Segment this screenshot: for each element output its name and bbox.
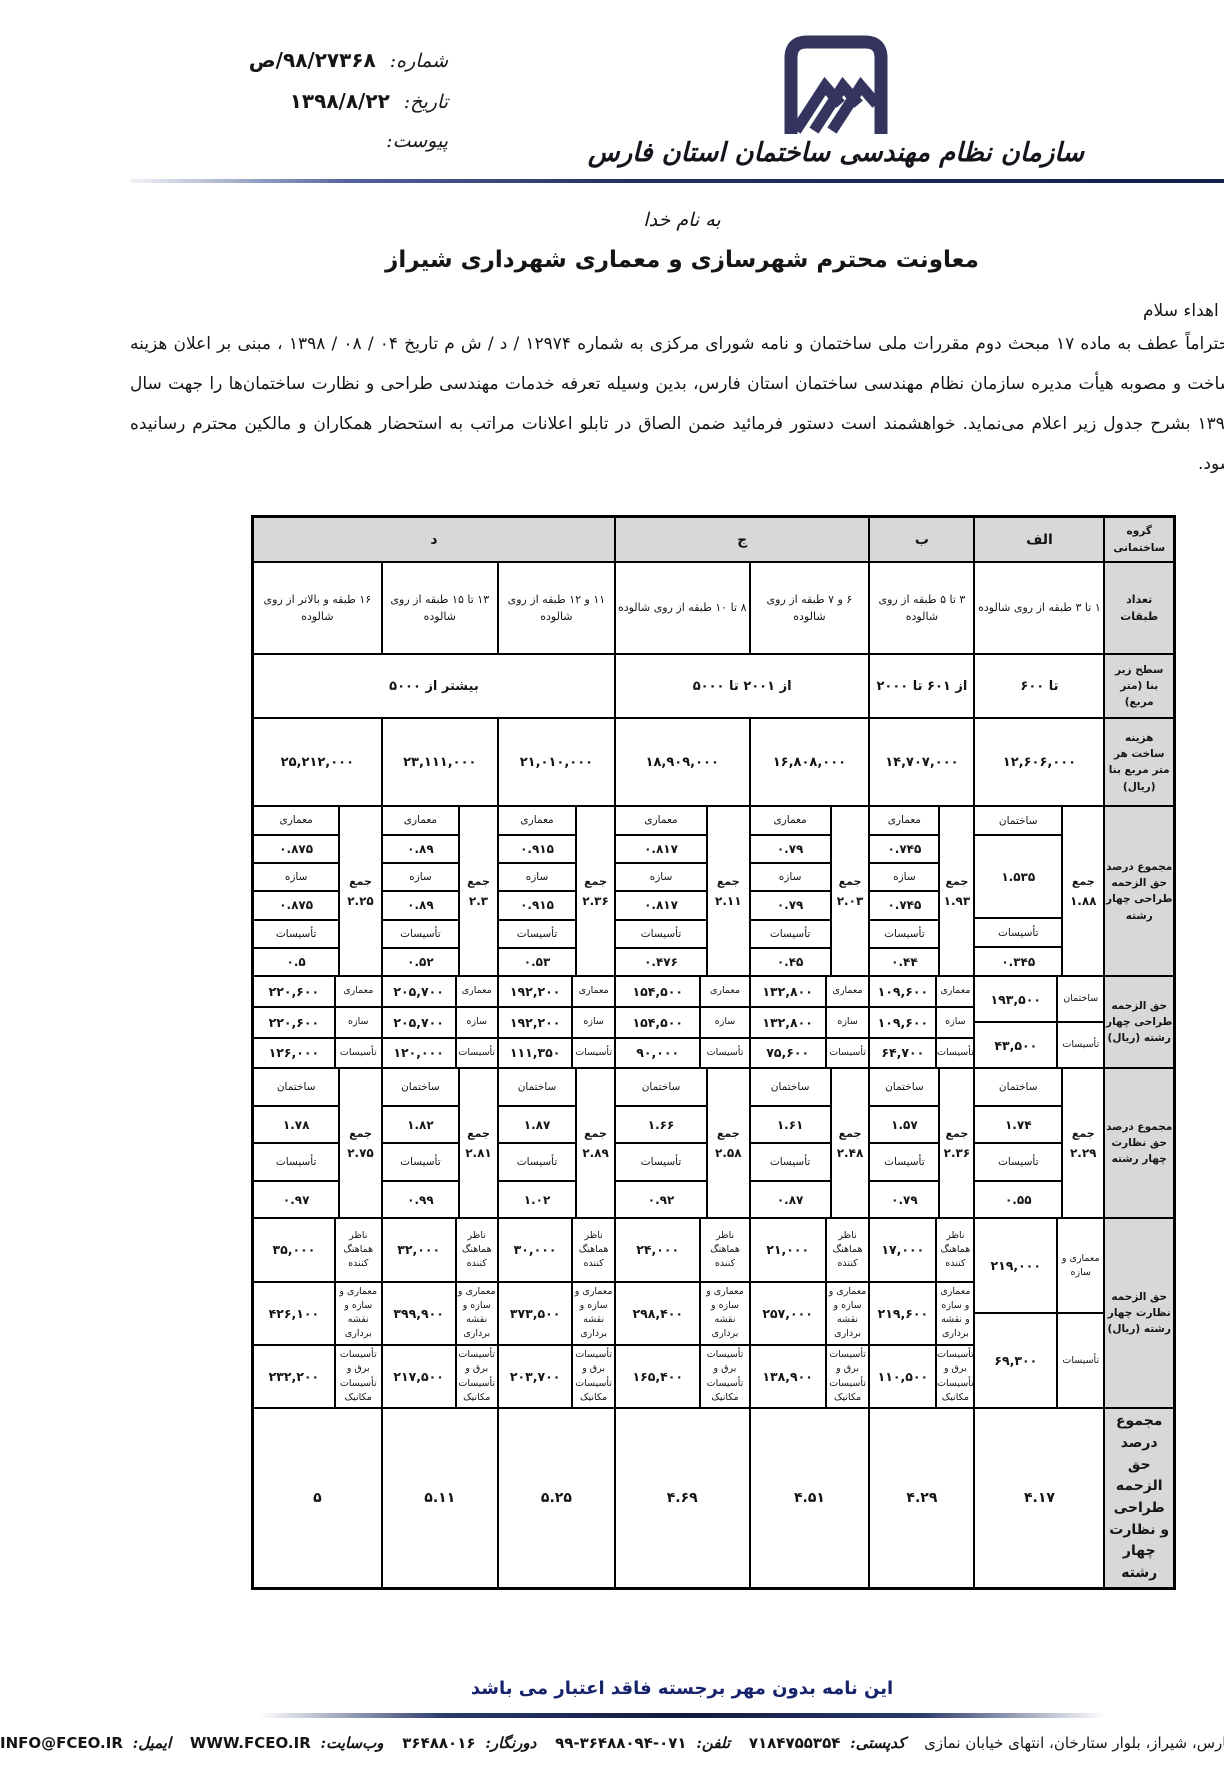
sum-value: ۲.۰۳	[762, 894, 799, 908]
sum-value: ۱.۸۸	[993, 894, 1033, 908]
sub-label: سازه	[800, 864, 868, 892]
group-a-header: الف	[904, 516, 1034, 562]
sum-label: جمع	[270, 875, 310, 888]
sub-value: ۰.۷۹	[800, 1182, 868, 1218]
sum-label: جمع	[507, 875, 544, 888]
table-row-area: سطح زیر بنا (متر مربع) تا ۶۰۰ از ۶۰۱ تا …	[183, 654, 1105, 718]
sub-value: ۶۹,۳۰۰	[905, 1314, 986, 1407]
table-row-superv-fee: حق الزحمه نظارت چهار رشته (ریال) معماری …	[183, 1218, 1105, 1408]
sub-label: ساختمان	[313, 1069, 388, 1107]
sub-value: ۱۲۰,۰۰۰	[313, 1039, 385, 1068]
letter-meta: شماره: ۹۸/۲۷۳۶۸/ص تاریخ: ۱۳۹۸/۸/۲۲ پیوست…	[78, 48, 378, 169]
area-b: از ۶۰۱ تا ۲۰۰۰	[799, 654, 904, 718]
superv-fee-cell-b: ناظر هماهنگ کننده۱۷,۰۰۰ معماری و سازه و …	[799, 1218, 904, 1408]
sum-value: ۲.۳	[390, 894, 427, 908]
sub-value: ۱.۵۳۵	[905, 836, 991, 919]
design-pct-cell-c1: معماری ۰.۷۹ سازه ۰.۷۹ تأسیسات ۰.۴۵	[680, 806, 761, 976]
sum-label: جمع	[762, 875, 799, 888]
sub-value: ۱۱۰,۵۰۰	[800, 1346, 865, 1407]
floors-b: ۳ تا ۵ طبقه از روی شالوده	[799, 562, 904, 654]
org-logo-icon	[707, 34, 825, 134]
total-pct-b: ۴.۲۹	[799, 1408, 904, 1588]
sub-value: ۱.۶۱	[681, 1107, 760, 1145]
sub-label: سازه	[865, 1008, 903, 1037]
sub-value: ۰.۴۴	[800, 949, 868, 975]
sub-label: سازه	[313, 864, 388, 892]
floors-d3: ۱۶ طبقه و بالاتر از روی شالوده	[183, 562, 312, 654]
sub-value: ۳۲,۰۰۰	[313, 1219, 385, 1280]
sum-value: ۲.۵۸	[638, 1146, 678, 1160]
sub-label: معماری	[681, 807, 760, 835]
sum-value: ۲.۸۱	[390, 1146, 427, 1160]
sum-value: ۲.۴۸	[762, 1146, 799, 1160]
sub-label: ساختمان	[429, 1069, 505, 1107]
design-fee-cell-d1: معماری۱۹۲,۲۰۰ سازه۱۹۲,۲۰۰ تأسیسات۱۱۱,۳۵۰	[428, 976, 545, 1068]
sub-label: ناظر هماهنگ کننده	[501, 1219, 544, 1280]
superv-pct-cell-d3: ساختمان ۱.۷۸ تأسیسات ۰.۹۷	[183, 1068, 270, 1218]
salutation: با اهداء سلام	[60, 301, 1164, 321]
sum-value: ۲.۲۵	[270, 894, 310, 908]
row-label-cost: هزینه ساخت هر متر مربع بنا (ریال)	[1034, 718, 1104, 806]
sum-label: جمع	[870, 875, 903, 888]
sub-label: تأسیسات	[546, 921, 636, 949]
sub-label: تأسیسات	[800, 1144, 868, 1182]
sub-label: ناظر هماهنگ کننده	[629, 1219, 678, 1280]
superv-pct-cell-d1: ساختمان ۱.۸۷ تأسیسات ۱.۰۲	[428, 1068, 506, 1218]
design-pct-cell-d2: معماری ۰.۸۹ سازه ۰.۸۹ تأسیسات ۰.۵۲	[312, 806, 389, 976]
row-label-superv-fee: حق الزحمه نظارت چهار رشته (ریال)	[1034, 1218, 1104, 1408]
sub-label: سازه	[755, 1008, 799, 1037]
sum-label: جمع	[507, 1127, 544, 1140]
sub-label: تأسیسات	[385, 1039, 427, 1068]
superv-fee-cell-c1: ناظر هماهنگ کننده۲۱,۰۰۰ معماری و سازه و …	[680, 1218, 800, 1408]
design-fee-cell-c1: معماری۱۳۲,۸۰۰ سازه۱۳۲,۸۰۰ تأسیسات۷۵,۶۰۰	[680, 976, 800, 1068]
sub-value: ۰.۷۹	[681, 892, 760, 920]
sub-value: ۰.۹۹	[313, 1182, 388, 1218]
row-label-group: گروه ساختمانی	[1034, 516, 1104, 562]
sub-value: ۶۴,۷۰۰	[800, 1039, 865, 1068]
sub-label: معماری	[429, 807, 505, 835]
phone-label: تلفن:	[626, 1734, 660, 1752]
sub-label: سازه	[501, 1008, 544, 1037]
superv-fee-cell-c2: ناظر هماهنگ کننده۲۴,۰۰۰ معماری و سازه و …	[545, 1218, 680, 1408]
sub-label: معماری	[501, 977, 544, 1006]
sub-value: ۱.۵۷	[800, 1107, 868, 1145]
total-pct-c1: ۴.۵۱	[680, 1408, 800, 1588]
postal-label: کدپستی:	[780, 1734, 835, 1752]
sub-value: ۰.۸۱۷	[546, 836, 636, 864]
superv-pct-sum-c2: جمع ۲.۵۸	[637, 1068, 679, 1218]
sub-label: تأسیسات برق و تأسیسات مکانیک	[629, 1346, 678, 1407]
design-pct-sum-d2: جمع ۲.۳	[389, 806, 428, 976]
sub-value: ۳۷۳,۵۰۰	[429, 1283, 501, 1344]
row-label-floors: تعداد طبقات	[1034, 562, 1104, 654]
sub-label: معماری و سازه و نقشه برداری	[385, 1283, 427, 1344]
fax-value: ۳۶۴۸۸۰۱۶	[332, 1734, 405, 1752]
sub-label: ساختمان	[681, 1069, 760, 1107]
design-pct-cell-d1: معماری ۰.۹۱۵ سازه ۰.۹۱۵ تأسیسات ۰.۵۳	[428, 806, 506, 976]
letter-attachment-row: پیوست:	[78, 130, 378, 152]
page-footer: این نامه بدون مهر برجسته فاقد اعتبار می …	[60, 1678, 1164, 1752]
letter-number-label: شماره:	[320, 50, 378, 72]
letter-number-row: شماره: ۹۸/۲۷۳۶۸/ص	[78, 48, 378, 72]
group-c-header: ج	[545, 516, 799, 562]
sub-label: تأسیسات	[905, 919, 991, 948]
sub-value: ۳۹۹,۹۰۰	[313, 1283, 385, 1344]
sub-value: ۰.۹۱۵	[429, 836, 505, 864]
superv-pct-sum-a: جمع ۲.۲۹	[992, 1068, 1034, 1218]
table-row-total-pct: مجموع درصد حق الزحمه طراحی و نظارت چهار …	[183, 1408, 1105, 1588]
sub-label: معماری و سازه و نقشه برداری	[755, 1283, 799, 1344]
sum-value: ۲.۳۶	[870, 1146, 903, 1160]
sub-value: ۰.۹۲	[546, 1182, 636, 1218]
sub-label: معماری و سازه و نقشه برداری	[264, 1283, 311, 1344]
sub-value: ۲۱۹,۰۰۰	[905, 1219, 986, 1312]
sub-value: ۱۳۲,۸۰۰	[681, 977, 755, 1006]
sum-label: جمع	[993, 1127, 1033, 1140]
sub-value: ۰.۵	[184, 949, 268, 975]
sub-label: سازه	[681, 864, 760, 892]
sub-label: سازه	[629, 1008, 678, 1037]
sub-label: معماری	[755, 977, 799, 1006]
sub-value: ۲۱۷,۵۰۰	[313, 1346, 385, 1407]
sub-value: ۲۳۲,۲۰۰	[184, 1346, 264, 1407]
sub-value: ۱۶۵,۴۰۰	[546, 1346, 630, 1407]
sub-label: تأسیسات	[755, 1039, 799, 1068]
sub-value: ۱.۸۲	[313, 1107, 388, 1145]
sub-label: تأسیسات برق و تأسیسات مکانیک	[501, 1346, 544, 1407]
design-pct-cell-a: ساختمان ۱.۵۳۵ تأسیسات ۰.۳۴۵	[904, 806, 992, 976]
sum-label: جمع	[390, 1127, 427, 1140]
sub-value: ۱۹۲,۲۰۰	[429, 977, 501, 1006]
sum-value: ۱.۹۳	[870, 894, 903, 908]
sub-label: سازه	[429, 864, 505, 892]
table-row-design-pct: مجموع درصد حق الزحمه طراحی چهار رشته جمع…	[183, 806, 1105, 976]
sub-value: ۰.۹۱۵	[429, 892, 505, 920]
sub-label: ناظر هماهنگ کننده	[264, 1219, 311, 1280]
row-label-design-pct: مجموع درصد حق الزحمه طراحی چهار رشته	[1034, 806, 1104, 976]
sum-label: جمع	[638, 1127, 678, 1140]
sub-label: تأسیسات	[681, 921, 760, 949]
design-pct-cell-d3: معماری ۰.۸۷۵ سازه ۰.۸۷۵ تأسیسات ۰.۵	[183, 806, 270, 976]
sub-value: ۰.۵۳	[429, 949, 505, 975]
sum-value: ۲.۲۹	[993, 1146, 1033, 1160]
sub-value: ۲۲۰,۶۰۰	[184, 977, 264, 1006]
group-d-header: د	[183, 516, 545, 562]
area-c: از ۲۰۰۱ تا ۵۰۰۰	[545, 654, 799, 718]
sub-label: تأسیسات برق و تأسیسات مکانیک	[385, 1346, 427, 1407]
sub-value: ۲۱۹,۶۰۰	[800, 1283, 865, 1344]
footer-divider	[188, 1713, 1036, 1718]
total-pct-d2: ۵.۱۱	[312, 1408, 428, 1588]
table-row-design-fee: حق الزحمه طراحی چهار رشته (ریال) ساختمان…	[183, 976, 1105, 1068]
letterhead: سازمان نظام مهندسی ساختمان استان فارس شم…	[60, 34, 1164, 183]
superv-pct-cell-d2: ساختمان ۱.۸۲ تأسیسات ۰.۹۹	[312, 1068, 389, 1218]
sub-label: ساختمان	[986, 977, 1033, 1021]
sub-value: ۰.۷۴۵	[800, 836, 868, 864]
superv-fee-cell-d1: ناظر هماهنگ کننده۳۰,۰۰۰ معماری و سازه و …	[428, 1218, 545, 1408]
sub-value: ۲۰۵,۷۰۰	[313, 977, 385, 1006]
sub-value: ۲۱,۰۰۰	[681, 1219, 755, 1280]
sub-label: معماری و سازه و نقشه برداری	[629, 1283, 678, 1344]
superv-pct-cell-b: ساختمان ۱.۵۷ تأسیسات ۰.۷۹	[799, 1068, 869, 1218]
sub-label: تأسیسات	[313, 921, 388, 949]
tariff-table: گروه ساختمانی الف ب ج د تعداد طبقات ۱ تا…	[181, 515, 1106, 1590]
design-fee-cell-b: معماری۱۰۹,۶۰۰ سازه۱۰۹,۶۰۰ تأسیسات۶۴,۷۰۰	[799, 976, 904, 1068]
sum-value: ۲.۸۹	[507, 1146, 544, 1160]
sub-value: ۲۰۵,۷۰۰	[313, 1008, 385, 1037]
sub-value: ۴۳,۵۰۰	[905, 1023, 986, 1067]
bismillah: به نام خدا	[60, 209, 1164, 231]
design-pct-sum-d1: جمع ۲.۳۶	[506, 806, 545, 976]
sub-label: ناظر هماهنگ کننده	[865, 1219, 903, 1280]
sub-label: معماری	[385, 977, 427, 1006]
sub-label: معماری	[546, 807, 636, 835]
sub-label: ساختمان	[184, 1069, 268, 1107]
phone-value: ۰۷۱-۳۶۴۸۸۰۹۴-۹۹	[485, 1734, 617, 1752]
sub-value: ۲۴,۰۰۰	[546, 1219, 630, 1280]
sum-value: ۲.۳۶	[507, 894, 544, 908]
sub-value: ۹۰,۰۰۰	[546, 1039, 630, 1068]
sub-value: ۱۳۲,۸۰۰	[681, 1008, 755, 1037]
letter-paragraph: احتراماً عطف به ماده ۱۷ مبحث دوم مقررات …	[60, 325, 1164, 485]
sub-label: سازه	[385, 1008, 427, 1037]
design-fee-cell-d3: معماری۲۲۰,۶۰۰ سازه۲۲۰,۶۰۰ تأسیسات۱۲۶,۰۰۰	[183, 976, 312, 1068]
sub-value: ۲۲۰,۶۰۰	[184, 1008, 264, 1037]
sub-label: معماری	[184, 807, 268, 835]
sum-value: ۲.۱۱	[638, 894, 678, 908]
sub-label: تأسیسات	[629, 1039, 678, 1068]
cost-a: ۱۲,۶۰۶,۰۰۰	[904, 718, 1034, 806]
letter-body: به نام خدا معاونت محترم شهرسازی و معماری…	[60, 183, 1164, 1590]
design-fee-cell-a: ساختمان۱۹۳,۵۰۰ تأسیسات۴۳,۵۰۰	[904, 976, 1034, 1068]
sub-value: ۱۵۴,۵۰۰	[546, 1008, 630, 1037]
cost-c2: ۱۸,۹۰۹,۰۰۰	[545, 718, 680, 806]
superv-pct-sum-d2: جمع ۲.۸۱	[389, 1068, 428, 1218]
sum-value: ۲.۷۵	[270, 1146, 310, 1160]
sub-label: تأسیسات	[184, 921, 268, 949]
cost-d1: ۲۱,۰۱۰,۰۰۰	[428, 718, 545, 806]
sub-value: ۱.۷۴	[905, 1107, 991, 1145]
row-label-area: سطح زیر بنا (متر مربع)	[1034, 654, 1104, 718]
sub-value: ۱۰۹,۶۰۰	[800, 1008, 865, 1037]
sum-label: جمع	[993, 875, 1033, 888]
area-d: بیشتر از ۵۰۰۰	[183, 654, 545, 718]
superv-pct-cell-c2: ساختمان ۱.۶۶ تأسیسات ۰.۹۲	[545, 1068, 637, 1218]
sub-label: معماری	[264, 977, 311, 1006]
superv-pct-cell-a: ساختمان ۱.۷۴ تأسیسات ۰.۵۵	[904, 1068, 992, 1218]
postal-value: ۷۱۸۴۷۵۵۳۵۴	[679, 1734, 771, 1752]
row-label-total-pct: مجموع درصد حق الزحمه طراحی و نظارت چهار …	[1034, 1408, 1104, 1588]
sub-label: تأسیسات	[986, 1314, 1033, 1407]
area-a: تا ۶۰۰	[904, 654, 1034, 718]
sub-label: معماری	[629, 977, 678, 1006]
email-label: ایمیل:	[63, 1734, 101, 1752]
superv-fee-cell-d2: ناظر هماهنگ کننده۳۲,۰۰۰ معماری و سازه و …	[312, 1218, 428, 1408]
sub-value: ۰.۵۵	[905, 1182, 991, 1218]
sub-label: تأسیسات	[184, 1144, 268, 1182]
sub-label: معماری	[800, 807, 868, 835]
superv-fee-cell-a: معماری و سازه۲۱۹,۰۰۰ تأسیسات۶۹,۳۰۰	[904, 1218, 1034, 1408]
sub-label: معماری و سازه و نقشه برداری	[501, 1283, 544, 1344]
letter-date-value: ۱۳۹۸/۸/۲۲	[220, 89, 320, 113]
sub-value: ۰.۹۷	[184, 1182, 268, 1218]
sub-label: ساختمان	[905, 807, 991, 836]
design-fee-cell-c2: معماری۱۵۴,۵۰۰ سازه۱۵۴,۵۰۰ تأسیسات۹۰,۰۰۰	[545, 976, 680, 1068]
sub-value: ۱۵۴,۵۰۰	[546, 977, 630, 1006]
sub-label: تأسیسات	[865, 1039, 903, 1068]
design-pct-sum-a: جمع ۱.۸۸	[992, 806, 1034, 976]
sum-label: جمع	[870, 1127, 903, 1140]
sub-value: ۰.۷۹	[681, 836, 760, 864]
letter-attachment-label: پیوست:	[316, 130, 378, 152]
table-row-superv-pct: مجموع درصد حق نظارت چهار رشته جمع ۲.۲۹ س…	[183, 1068, 1105, 1218]
website-value: WWW.FCEO.IR	[120, 1734, 241, 1752]
sub-value: ۰.۸۱۷	[546, 892, 636, 920]
cost-c1: ۱۶,۸۰۸,۰۰۰	[680, 718, 800, 806]
row-label-superv-pct: مجموع درصد حق نظارت چهار رشته	[1034, 1068, 1104, 1218]
cost-d2: ۲۳,۱۱۱,۰۰۰	[312, 718, 428, 806]
website-label: وب‌سایت:	[251, 1734, 314, 1752]
sub-value: ۱۳۸,۹۰۰	[681, 1346, 755, 1407]
sub-label: معماری و سازه	[986, 1219, 1033, 1312]
floors-d1: ۱۱ و ۱۲ طبقه از روی شالوده	[428, 562, 545, 654]
sub-label: ناظر هماهنگ کننده	[755, 1219, 799, 1280]
sub-value: ۰.۵۲	[313, 949, 388, 975]
sub-value: ۰.۷۴۵	[800, 892, 868, 920]
design-fee-cell-d2: معماری۲۰۵,۷۰۰ سازه۲۰۵,۷۰۰ تأسیسات۱۲۰,۰۰۰	[312, 976, 428, 1068]
cost-d3: ۲۵,۲۱۲,۰۰۰	[183, 718, 312, 806]
total-pct-c2: ۴.۶۹	[545, 1408, 680, 1588]
sub-value: ۰.۴۵	[681, 949, 760, 975]
table-row-cost: هزینه ساخت هر متر مربع بنا (ریال) ۱۲,۶۰۶…	[183, 718, 1105, 806]
sub-label: تأسیسات برق و تأسیسات مکانیک	[865, 1346, 903, 1407]
superv-pct-sum-d1: جمع ۲.۸۹	[506, 1068, 545, 1218]
stamp-validity-note: این نامه بدون مهر برجسته فاقد اعتبار می …	[60, 1678, 1164, 1699]
letter-date-label: تاریخ:	[334, 91, 378, 113]
superv-fee-cell-d3: ناظر هماهنگ کننده۳۵,۰۰۰ معماری و سازه و …	[183, 1218, 312, 1408]
sub-label: تأسیسات برق و تأسیسات مکانیک	[264, 1346, 311, 1407]
letter-page: سازمان نظام مهندسی ساختمان استان فارس شم…	[0, 0, 1224, 1778]
superv-pct-sum-b: جمع ۲.۳۶	[869, 1068, 904, 1218]
sub-value: ۰.۸۹	[313, 892, 388, 920]
sum-label: جمع	[390, 875, 427, 888]
sub-label: معماری	[313, 807, 388, 835]
sub-value: ۰.۸۷۵	[184, 892, 268, 920]
org-logo-block: سازمان نظام مهندسی ساختمان استان فارس	[472, 34, 1014, 168]
sub-value: ۳۰,۰۰۰	[429, 1219, 501, 1280]
sub-value: ۰.۴۷۶	[546, 949, 636, 975]
sub-value: ۲۵۷,۰۰۰	[681, 1283, 755, 1344]
sub-value: ۱.۸۷	[429, 1107, 505, 1145]
sub-label: ساختمان	[546, 1069, 636, 1107]
sub-value: ۷۵,۶۰۰	[681, 1039, 755, 1068]
sub-label: معماری و سازه و نقشه برداری	[865, 1283, 903, 1344]
sum-label: جمع	[638, 875, 678, 888]
table-row-groups: گروه ساختمانی الف ب ج د	[183, 516, 1105, 562]
design-pct-cell-b: معماری ۰.۷۴۵ سازه ۰.۷۴۵ تأسیسات ۰.۴۴	[799, 806, 869, 976]
design-pct-sum-b: جمع ۱.۹۳	[869, 806, 904, 976]
superv-pct-sum-c1: جمع ۲.۴۸	[761, 1068, 800, 1218]
sub-label: تأسیسات	[546, 1144, 636, 1182]
letter-date-row: تاریخ: ۱۳۹۸/۸/۲۲	[78, 89, 378, 113]
sub-value: ۱۲۶,۰۰۰	[184, 1039, 264, 1068]
sub-label: تأسیسات	[800, 921, 868, 949]
sub-value: ۱۹۲,۲۰۰	[429, 1008, 501, 1037]
sub-label: تأسیسات	[429, 921, 505, 949]
cost-b: ۱۴,۷۰۷,۰۰۰	[799, 718, 904, 806]
row-label-design-fee: حق الزحمه طراحی چهار رشته (ریال)	[1034, 976, 1104, 1068]
sub-label: سازه	[264, 1008, 311, 1037]
sub-label: سازه	[546, 864, 636, 892]
org-name: سازمان نظام مهندسی ساختمان استان فارس	[518, 138, 1014, 168]
superv-pct-sum-d3: جمع ۲.۷۵	[269, 1068, 311, 1218]
sub-value: ۱۱۱,۳۵۰	[429, 1039, 501, 1068]
sub-label: معماری	[865, 977, 903, 1006]
sub-value: ۱.۷۸	[184, 1107, 268, 1145]
sub-label: ساختمان	[800, 1069, 868, 1107]
contact-line: فارس، شیراز، بلوار ستارخان، انتهای خیابا…	[60, 1734, 1164, 1752]
floors-d2: ۱۳ تا ۱۵ طبقه از روی شالوده	[312, 562, 428, 654]
sub-value: ۰.۸۷	[681, 1182, 760, 1218]
design-pct-cell-c2: معماری ۰.۸۱۷ سازه ۰.۸۱۷ تأسیسات ۰.۴۷۶	[545, 806, 637, 976]
letter-title: معاونت محترم شهرسازی و معماری شهرداری شی…	[60, 247, 1164, 273]
sub-value: ۲۰۳,۷۰۰	[429, 1346, 501, 1407]
floors-a: ۱ تا ۳ طبقه از روی شالوده	[904, 562, 1034, 654]
sub-label: تأسیسات	[681, 1144, 760, 1182]
sub-value: ۱.۶۶	[546, 1107, 636, 1145]
sub-value: ۳۵,۰۰۰	[184, 1219, 264, 1280]
sum-label: جمع	[762, 1127, 799, 1140]
total-pct-d3: ۵	[183, 1408, 312, 1588]
design-pct-sum-c1: جمع ۲.۰۳	[761, 806, 800, 976]
sub-value: ۰.۳۴۵	[905, 948, 991, 975]
design-pct-sum-c2: جمع ۲.۱۱	[637, 806, 679, 976]
table-row-floors: تعداد طبقات ۱ تا ۳ طبقه از روی شالوده ۳ …	[183, 562, 1105, 654]
sub-label: تأسیسات	[986, 1023, 1033, 1067]
sub-label: سازه	[184, 864, 268, 892]
sub-value: ۱۷,۰۰۰	[800, 1219, 865, 1280]
sub-label: تأسیسات	[264, 1039, 311, 1068]
superv-pct-cell-c1: ساختمان ۱.۶۱ تأسیسات ۰.۸۷	[680, 1068, 761, 1218]
design-pct-sum-d3: جمع ۲.۲۵	[269, 806, 311, 976]
sub-label: ناظر هماهنگ کننده	[385, 1219, 427, 1280]
sub-value: ۴۲۶,۱۰۰	[184, 1283, 264, 1344]
sub-label: ساختمان	[905, 1069, 991, 1107]
sub-label: تأسیسات برق و تأسیسات مکانیک	[755, 1346, 799, 1407]
sub-value: ۲۹۸,۴۰۰	[546, 1283, 630, 1344]
sub-value: ۰.۸۹	[313, 836, 388, 864]
sum-label: جمع	[270, 1127, 310, 1140]
org-address: فارس، شیراز، بلوار ستارخان، انتهای خیابا…	[854, 1734, 1164, 1752]
sub-value: ۱۰۹,۶۰۰	[800, 977, 865, 1006]
sub-label: تأسیسات	[313, 1144, 388, 1182]
group-b-header: ب	[799, 516, 904, 562]
floors-c1: ۶ و ۷ طبقه از روی شالوده	[680, 562, 800, 654]
email-value: INFO@FCEO.IR	[0, 1734, 53, 1752]
fax-label: دورنگار:	[415, 1734, 466, 1752]
total-pct-a: ۴.۱۷	[904, 1408, 1034, 1588]
sub-value: ۱.۰۲	[429, 1182, 505, 1218]
floors-c2: ۸ تا ۱۰ طبقه از روی شالوده	[545, 562, 680, 654]
sub-label: تأسیسات	[501, 1039, 544, 1068]
sub-label: تأسیسات	[429, 1144, 505, 1182]
sub-value: ۰.۸۷۵	[184, 836, 268, 864]
letter-number-value: ۹۸/۲۷۳۶۸/ص	[179, 48, 306, 72]
total-pct-d1: ۵.۲۵	[428, 1408, 545, 1588]
sub-value: ۱۹۳,۵۰۰	[905, 977, 986, 1021]
sub-label: تأسیسات	[905, 1144, 991, 1182]
